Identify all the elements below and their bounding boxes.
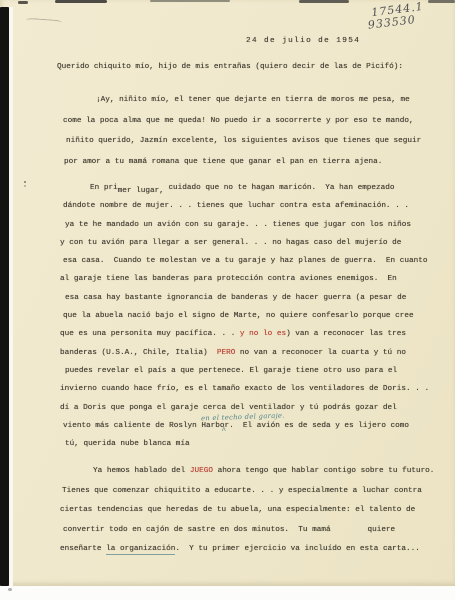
- scan-smudge: [428, 0, 455, 3]
- letter-line: puedes revelar el país a que pertenece. …: [65, 362, 429, 380]
- handwritten-annotation: en el techo del garaje.: [201, 406, 285, 427]
- paragraph-3: Ya hemos hablado del JUEGO ahora tengo q…: [60, 462, 434, 560]
- letter-salutation: Querido chiquito mío, hijo de mis entrañ…: [57, 63, 403, 71]
- scanner-edge-strip: [0, 7, 9, 586]
- letter-line: dándote nombre de mujer. . . tienes que …: [63, 197, 429, 215]
- line-text: ahora tengo que hablar contigo sobre tu …: [213, 467, 434, 475]
- letter-line: En primer lugar, cuidado que no te hagan…: [60, 179, 429, 197]
- line-text: . Y tu primer ejercicio va incluído en e…: [175, 545, 420, 553]
- scanned-letter-page: 17544.1 933530 24 de julio de 1954 Queri…: [0, 0, 455, 600]
- line-text: no van a reconocer la cuarta y tú no: [235, 349, 406, 357]
- letter-line: ¡Ay, niñito mío, el tener que dejarte en…: [60, 90, 421, 111]
- letter-line: y con tu avión para llegar a ser general…: [60, 234, 429, 252]
- letter-line: esa casa hay bastante ignorancia de band…: [65, 289, 429, 307]
- letter-line: por amor a tu mamá romana que tiene que …: [64, 152, 421, 173]
- letter-line: come la poca alma que me queda! No puedo…: [63, 111, 421, 132]
- scan-smudge: [55, 0, 107, 3]
- letter-date: 24 de julio de 1954: [246, 37, 360, 45]
- letter-line: niñito querido, Jazmín excelente, los si…: [66, 131, 421, 152]
- line-text: enseñarte: [60, 545, 106, 553]
- letter-line: que la abuela nació bajo el signo de Mar…: [63, 307, 429, 325]
- line-text: banderas (U.S.A., Chile, Italia): [60, 349, 217, 357]
- letter-line: esa casa. Cuando te molestan ve a tu gar…: [63, 252, 429, 270]
- letter-line: invierno cuando hace frío, es el tamaño …: [60, 380, 429, 398]
- ink-speck: [24, 181, 26, 183]
- letter-line: Tienes que comenzar chiquitito a educart…: [62, 482, 434, 502]
- letter-line: enseñarte la organización. Y tu primer e…: [60, 540, 434, 560]
- letter-line: Ya hemos hablado del JUEGO ahora tengo q…: [60, 462, 434, 482]
- scan-smudge: [18, 1, 28, 4]
- letter-line: que es una personita muy pacífica. . . y…: [60, 325, 429, 343]
- red-ink-text: JUEGO: [190, 467, 213, 475]
- underlined-text: la organización: [106, 545, 175, 555]
- paper-edge-highlight: [9, 7, 13, 586]
- paragraph-2: En primer lugar, cuidado que no te hagan…: [60, 179, 429, 453]
- line-text: que es una personita muy pacífica. . .: [60, 330, 240, 338]
- letter-line: convertir todo en cajón de sastre en dos…: [63, 521, 434, 541]
- line-text: Ya hemos hablado del: [93, 467, 190, 475]
- letter-line: en el techo del garaje.^viento más calie…: [63, 417, 429, 435]
- line-text: En pri: [90, 184, 118, 192]
- scan-dot: [8, 588, 12, 591]
- scan-smudge: [150, 0, 230, 2]
- letter-line: al garaje tiene las banderas para protec…: [60, 270, 429, 288]
- dropped-text: mer lugar,: [118, 187, 164, 195]
- letter-line: tú, querida nube blanca mía: [65, 435, 429, 453]
- scan-smudge: [299, 0, 349, 3]
- line-text: ) van a reconocer las tres: [286, 330, 406, 338]
- letter-line: ya te he mandado un avión con su garaje.…: [65, 216, 429, 234]
- paragraph-1: ¡Ay, niñito mío, el tener que dejarte en…: [60, 90, 421, 172]
- red-ink-text: y no lo es: [240, 330, 286, 338]
- letter-line: ciertas tendencias que heredas de tu abu…: [60, 501, 434, 521]
- red-ink-text: PERO: [217, 349, 235, 357]
- letter-line: banderas (U.S.A., Chile, Italia) PERO no…: [60, 344, 429, 362]
- line-text: cuidado que no te hagan maricón. Ya han …: [164, 184, 395, 192]
